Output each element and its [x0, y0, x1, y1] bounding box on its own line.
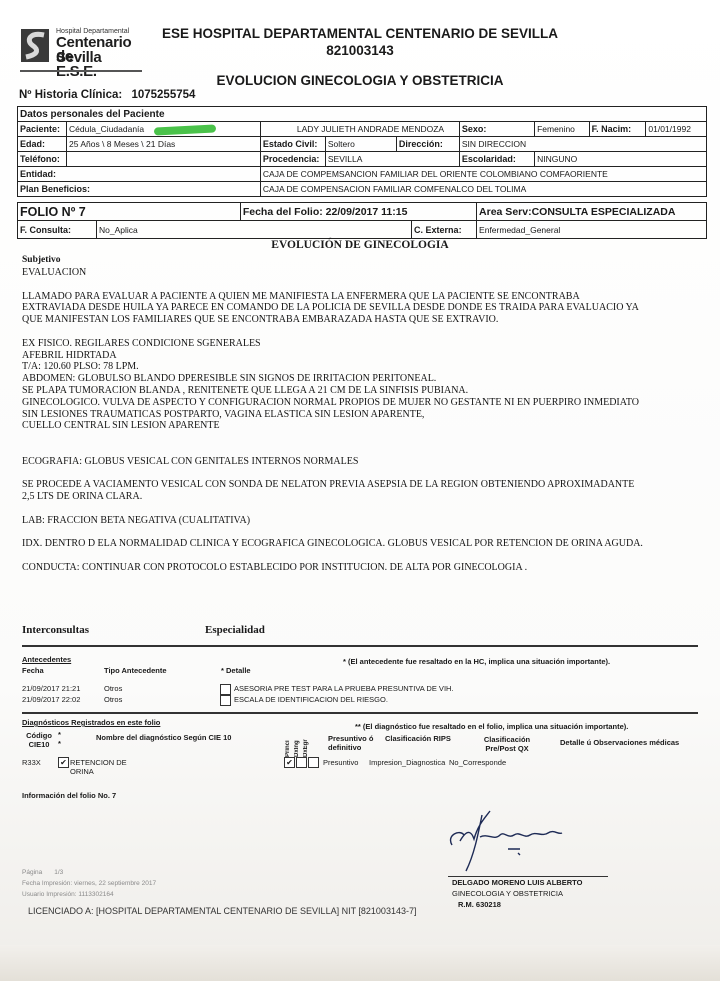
- diagnostico-row: R33X✔RETENCION DE ORINA✔PresuntivoImpres…: [22, 757, 702, 779]
- evolucion-line: LLAMADO PARA EVALUAR A PACIENTE A QUIEN …: [22, 291, 712, 303]
- antecedente-highlight-checkbox[interactable]: [220, 684, 231, 695]
- antecedente-detalle: ASESORIA PRE TEST PARA LA PRUEBA PRESUNT…: [234, 684, 454, 693]
- paciente-doc: Cédula_Ciudadanía: [67, 122, 261, 137]
- externa-value: Enfermedad_General: [477, 221, 707, 239]
- evolucion-line: 2,5 LTS DE ORINA CLARA.: [22, 491, 712, 503]
- interconsultas-label: Interconsultas: [22, 624, 89, 636]
- fecha-impresion-label: Fecha Impresión:: [22, 880, 72, 887]
- estado-civil-label: Estado Civil:: [260, 137, 325, 152]
- plan-label: Plan Beneficios:: [18, 182, 261, 197]
- evolucion-line: CUELLO CENTRAL SIN LESION APARENTE: [22, 420, 712, 432]
- antecedente-tipo: Otros: [104, 695, 122, 704]
- consulta-value: No_Aplica: [97, 221, 412, 239]
- paciente-name: LADY JULIETH ANDRADE MENDOZA: [260, 122, 459, 137]
- antecedente-fecha: 21/09/2017 22:02: [22, 695, 80, 704]
- logo-underline: [20, 70, 142, 72]
- diagnostico-highlight-checkbox[interactable]: ✔: [58, 757, 69, 768]
- evolucion-line: QUE MANIFESTAN LOS FAMILIARES QUE SE ENC…: [22, 314, 712, 326]
- dx-header-detalle: Detalle ú Observaciones médicas: [560, 738, 679, 747]
- evolucion-line: [22, 444, 712, 456]
- antecedentes-list: 21/09/2017 21:21OtrosASESORIA PRE TEST P…: [22, 684, 702, 706]
- institution-nit: 821003143: [160, 42, 560, 59]
- antecedente-tipo: Otros: [104, 684, 122, 693]
- diagnostico-codigo: R33X: [22, 758, 41, 767]
- dx-header-preqx: Clasificación Pre/Post QX: [478, 735, 536, 753]
- antecedente-fecha: 21/09/2017 21:21: [22, 684, 80, 693]
- antecedente-detalle: ESCALA DE IDENTIFICACION DEL RIESGO.: [234, 695, 388, 704]
- fecha-impresion-value: viernes, 22 septiembre 2017: [74, 880, 156, 887]
- scanned-document-page: Hospital Departamental Centenario de Sev…: [0, 0, 720, 981]
- antecedente-highlight-checkbox[interactable]: [220, 695, 231, 706]
- antecedentes-header-detalle: * Detalle: [221, 666, 251, 675]
- evolucion-line: SIN LESIONES TRAUMATICAS POSTPARTO, VAGI…: [22, 409, 712, 421]
- dx-header-princ: Princi: [285, 731, 291, 757]
- telefono-value: [67, 152, 261, 167]
- sexo-label: Sexo:: [459, 122, 534, 137]
- evolucion-line: AFEBRIL HIDRTADA: [22, 350, 712, 362]
- usuario-value: 1113302164: [78, 891, 113, 898]
- historia-label: Nº Historia Clínica:: [19, 89, 122, 101]
- dx-header-codigo: Código CIE10: [24, 731, 54, 749]
- escolaridad-value: NINGUNO: [535, 152, 707, 167]
- escolaridad-label: Escolaridad:: [459, 152, 534, 167]
- diagnostico-preqx: No_Corresponde: [449, 758, 506, 767]
- especialidad-label: Especialidad: [205, 624, 265, 636]
- evolucion-line: [22, 550, 712, 562]
- telefono-label: Teléfono:: [18, 152, 67, 167]
- evolucion-line: [22, 432, 712, 444]
- nacim-value: 01/01/1992: [646, 122, 707, 137]
- evolucion-line: GINECOLOGICO. VULVA DE ASPECTO Y CONFIGU…: [22, 397, 712, 409]
- divider: [22, 645, 698, 647]
- footer-usuario: Usuario Impresión: 1113302164: [22, 891, 114, 898]
- evolucion-line: IDX. DENTRO D ELA NORMALIDAD CLINICA Y E…: [22, 538, 712, 550]
- evolucion-line: [22, 279, 712, 291]
- institution-name: ESE HOSPITAL DEPARTAMENTAL CENTENARIO DE…: [160, 25, 560, 42]
- procedencia-value: SEVILLA: [325, 152, 459, 167]
- dxing-checkbox[interactable]: [296, 757, 307, 768]
- nacim-label: F. Nacim:: [589, 122, 646, 137]
- doc-type: Cédula_Ciudadanía: [69, 124, 144, 134]
- historia-value: 1075255754: [131, 89, 195, 101]
- plan-value: CAJA DE COMPENSACION FAMILIAR COMFENALCO…: [260, 182, 706, 197]
- antecedentes-note: * (El antecedente fue resaltado en la HC…: [343, 657, 610, 666]
- evolucion-line: CONDUCTA: CONTINUAR CON PROTOCOLO ESTABL…: [22, 562, 712, 574]
- consulta-label: F. Consulta:: [18, 221, 97, 239]
- dx-header-nombre: Nombre del diagnóstico Según CIE 10: [96, 733, 231, 742]
- edad-value: 25 Años \ 8 Meses \ 21 Días: [67, 137, 261, 152]
- evolucion-line: EXTRAVIADA DESDE HUILA YA PARECE EN COMA…: [22, 302, 712, 314]
- evolucion-line: LAB: FRACCION BETA NEGATIVA (CUALITATIVA…: [22, 515, 712, 527]
- diagnosticos-title: Diagnósticos Registrados en este folio: [22, 718, 160, 727]
- doctor-rm: R.M. 630218: [458, 900, 501, 909]
- area-servicio: Area Serv:CONSULTA ESPECIALIZADA: [477, 203, 707, 221]
- antecedentes-title: Antecedentes: [22, 655, 71, 664]
- evolucion-line: [22, 503, 712, 515]
- entidad-value: CAJA DE COMPEMSANCION FAMILIAR DEL ORIEN…: [260, 167, 706, 182]
- antecedente-row: 21/09/2017 22:02OtrosESCALA DE IDENTIFIC…: [22, 695, 702, 706]
- evolucion-title: EVOLUCIÓN DE GINECOLOGIA: [160, 239, 560, 251]
- evolucion-line: T/A: 120.60 PLSO: 78 LPM.: [22, 361, 712, 373]
- diagnostico-rips: Impresion_Diagnostica: [369, 758, 445, 767]
- dx-header-star: **: [58, 730, 61, 748]
- procedencia-label: Procedencia:: [260, 152, 325, 167]
- antecedentes-header-tipo: Tipo Antecedente: [104, 666, 167, 675]
- logo-line-2: Sevilla E.S.E.: [56, 51, 140, 79]
- paper-edge: [0, 945, 720, 981]
- folio-table: FOLIO Nº 7 Fecha del Folio: 22/09/2017 1…: [17, 202, 707, 239]
- folio-date: Fecha del Folio: 22/09/2017 11:15: [240, 203, 476, 221]
- license-text: LICENCIADO A: [HOSPITAL DEPARTAMENTAL CE…: [28, 906, 416, 916]
- evolucion-line: [22, 468, 712, 480]
- hospital-logo-icon: [20, 26, 50, 64]
- patient-section-title: Datos personales del Paciente: [18, 107, 707, 122]
- evolucion-line: ECOGRAFIA: GLOBUS VESICAL CON GENITALES …: [22, 456, 712, 468]
- evolucion-line: SE PLAPA TUMORACION BLANDA , RENITENETE …: [22, 385, 712, 397]
- diagnosticos-note: ** (El diagnóstico fue resaltado en el f…: [355, 722, 628, 731]
- patient-data-table: Datos personales del Paciente Paciente: …: [17, 106, 707, 197]
- folio-number: FOLIO Nº 7: [18, 203, 241, 221]
- evolucion-line: SE PROCEDE A VACIAMENTO VESICAL CON SOND…: [22, 479, 712, 491]
- diagnostico-presuntivo: Presuntivo: [323, 758, 358, 767]
- divider: [22, 712, 698, 714]
- info-folio: Información del folio No. 7: [22, 791, 116, 800]
- pagina-label: Página: [22, 869, 42, 876]
- princ-checkbox[interactable]: ✔: [284, 757, 295, 768]
- antecedente-row: 21/09/2017 21:21OtrosASESORIA PRE TEST P…: [22, 684, 702, 695]
- hospital-logo: Hospital Departamental Centenario de Sev…: [20, 26, 140, 72]
- usuario-label: Usuario Impresión:: [22, 891, 77, 898]
- doctor-specialty: GINECOLOGIA Y OBSTETRICIA: [452, 889, 563, 898]
- diagnostico-nombre: RETENCION DE ORINA: [70, 758, 130, 776]
- evolucion-line: ABDOMEN: GLOBULSO BLANDO DPERESIBLE SIN …: [22, 373, 712, 385]
- externa-label: C. Externa:: [412, 221, 477, 239]
- estado-civil-value: Soltero: [325, 137, 396, 152]
- evolucion-line: [22, 527, 712, 539]
- pagina-value: 1/3: [54, 869, 63, 876]
- historia-clinica: Nº Historia Clínica: 1075255754: [19, 89, 195, 101]
- footer-pagina: Página1/3: [22, 869, 63, 876]
- entidad-label: Entidad:: [18, 167, 261, 182]
- dx-header-presuntivo: Presuntivo ó definitivo: [328, 734, 380, 752]
- evolucion-line: EVALUACION: [22, 267, 712, 279]
- sexo-value: Femenino: [535, 122, 590, 137]
- evolucion-body: EVALUACIONLLAMADO PARA EVALUAR A PACIENT…: [22, 267, 712, 574]
- dx-header-dxing: DxIng: [294, 731, 300, 757]
- subjetivo-label: Subjetivo: [22, 255, 61, 267]
- doctor-name: DELGADO MORENO LUIS ALBERTO: [452, 878, 582, 887]
- redaction-mark: [154, 124, 216, 135]
- edad-label: Edad:: [18, 137, 67, 152]
- evolucion-line: EX FISICO. REGILARES CONDICIONE SGENERAL…: [22, 338, 712, 350]
- direccion-label: Dirección:: [396, 137, 459, 152]
- direccion-value: SIN DIRECCION: [459, 137, 706, 152]
- dx-header-dxegr: DxEgr: [303, 731, 309, 757]
- dx-header-rips: Clasificación RIPS: [385, 734, 451, 743]
- paciente-label: Paciente:: [18, 122, 67, 137]
- footer-fecha: Fecha Impresión: viernes, 22 septiembre …: [22, 880, 156, 887]
- diagnosticos-list: R33X✔RETENCION DE ORINA✔PresuntivoImpres…: [22, 757, 702, 779]
- institution-header: ESE HOSPITAL DEPARTAMENTAL CENTENARIO DE…: [160, 25, 560, 59]
- signature-line: [448, 876, 608, 877]
- signature-icon: [438, 805, 588, 875]
- document-title: EVOLUCION GINECOLOGIA Y OBSTETRICIA: [160, 73, 560, 88]
- dxegr-checkbox[interactable]: [308, 757, 319, 768]
- evolucion-line: [22, 326, 712, 338]
- antecedentes-header-fecha: Fecha: [22, 666, 44, 675]
